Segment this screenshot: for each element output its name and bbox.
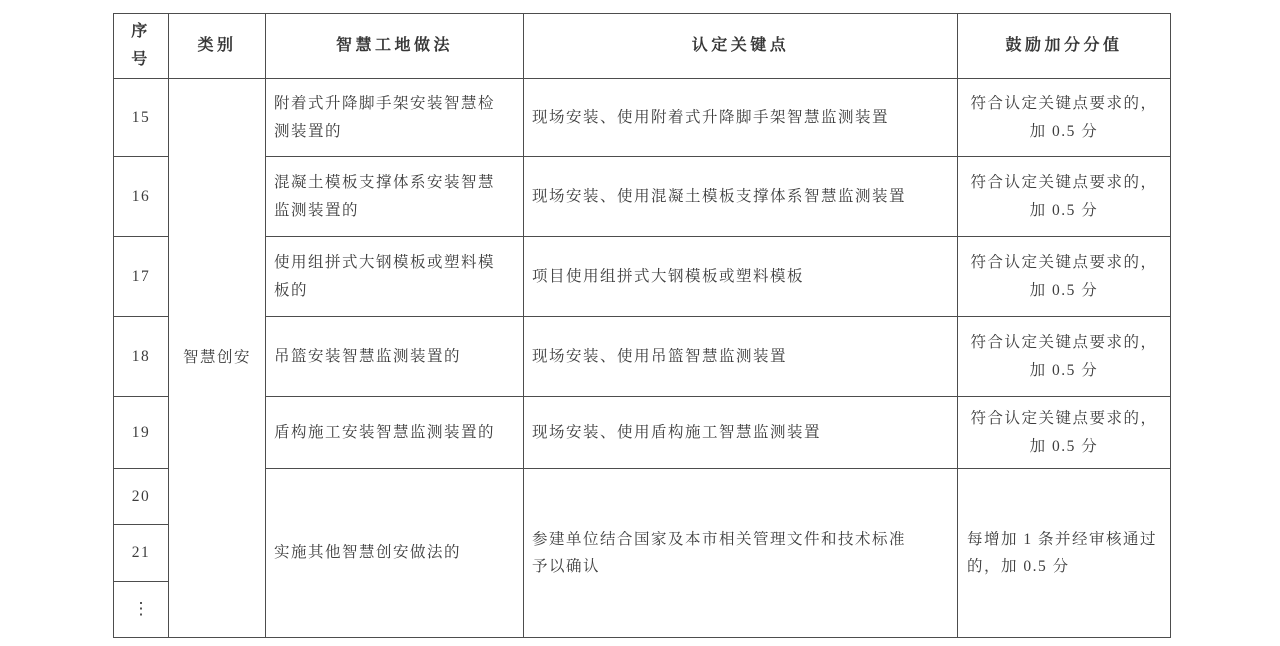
bonus-cell: 符合认定关键点要求的， 加 0.5 分 <box>958 397 1171 469</box>
table-row-20: 20 实施其他智慧创安做法的 参建单位结合国家及本市相关管理文件和技术标准 予以… <box>114 469 1171 525</box>
practice-cell: 吊篮安装智慧监测装置的 <box>266 317 524 397</box>
table-row-18: 18 吊篮安装智慧监测装置的 现场安装、使用吊篮智慧监测装置 符合认定关键点要求… <box>114 317 1171 397</box>
header-cell-number: 序号 <box>114 14 169 79</box>
bonus-cell: 符合认定关键点要求的， 加 0.5 分 <box>958 317 1171 397</box>
bonus-cell: 每增加 1 条并经审核通过 的，加 0.5 分 <box>958 469 1171 638</box>
practice-cell: 附着式升降脚手架安装智慧检 测装置的 <box>266 79 524 157</box>
header-cell-practice: 智慧工地做法 <box>266 14 524 79</box>
row-number-ellipsis-cell: ⋮ <box>114 582 169 638</box>
practice-cell: 使用组拼式大钢模板或塑料模 板的 <box>266 237 524 317</box>
header-cell-bonus: 鼓励加分分值 <box>958 14 1171 79</box>
header-cell-category: 类别 <box>169 14 266 79</box>
key-point-cell: 现场安装、使用盾构施工智慧监测装置 <box>524 397 958 469</box>
key-point-cell: 现场安装、使用混凝土模板支撑体系智慧监测装置 <box>524 157 958 237</box>
row-number-cell: 18 <box>114 317 169 397</box>
category-cell: 智慧创安 <box>169 79 266 638</box>
row-number-cell: 21 <box>114 525 169 582</box>
table-row-15: 15 智慧创安 附着式升降脚手架安装智慧检 测装置的 现场安装、使用附着式升降脚… <box>114 79 1171 157</box>
row-number-cell: 16 <box>114 157 169 237</box>
practice-cell: 混凝土模板支撑体系安装智慧 监测装置的 <box>266 157 524 237</box>
row-number-cell: 19 <box>114 397 169 469</box>
key-point-cell: 现场安装、使用附着式升降脚手架智慧监测装置 <box>524 79 958 157</box>
bonus-cell: 符合认定关键点要求的， 加 0.5 分 <box>958 237 1171 317</box>
practice-cell: 盾构施工安装智慧监测装置的 <box>266 397 524 469</box>
row-number-cell: 20 <box>114 469 169 525</box>
row-number-cell: 15 <box>114 79 169 157</box>
bonus-cell: 符合认定关键点要求的， 加 0.5 分 <box>958 157 1171 237</box>
document-page: 序号 类别 智慧工地做法 认定关键点 鼓励加分分值 15 智慧创安 附着式升降脚… <box>0 0 1280 646</box>
practice-cell: 实施其他智慧创安做法的 <box>266 469 524 638</box>
smart-site-bonus-table: 序号 类别 智慧工地做法 认定关键点 鼓励加分分值 15 智慧创安 附着式升降脚… <box>113 13 1171 638</box>
bonus-cell: 符合认定关键点要求的， 加 0.5 分 <box>958 79 1171 157</box>
key-point-cell: 项目使用组拼式大钢模板或塑料模板 <box>524 237 958 317</box>
key-point-cell: 现场安装、使用吊篮智慧监测装置 <box>524 317 958 397</box>
header-row: 序号 类别 智慧工地做法 认定关键点 鼓励加分分值 <box>114 14 1171 79</box>
key-point-cell: 参建单位结合国家及本市相关管理文件和技术标准 予以确认 <box>524 469 958 638</box>
table-row-17: 17 使用组拼式大钢模板或塑料模 板的 项目使用组拼式大钢模板或塑料模板 符合认… <box>114 237 1171 317</box>
header-cell-key-point: 认定关键点 <box>524 14 958 79</box>
table-row-16: 16 混凝土模板支撑体系安装智慧 监测装置的 现场安装、使用混凝土模板支撑体系智… <box>114 157 1171 237</box>
row-number-cell: 17 <box>114 237 169 317</box>
table-row-19: 19 盾构施工安装智慧监测装置的 现场安装、使用盾构施工智慧监测装置 符合认定关… <box>114 397 1171 469</box>
